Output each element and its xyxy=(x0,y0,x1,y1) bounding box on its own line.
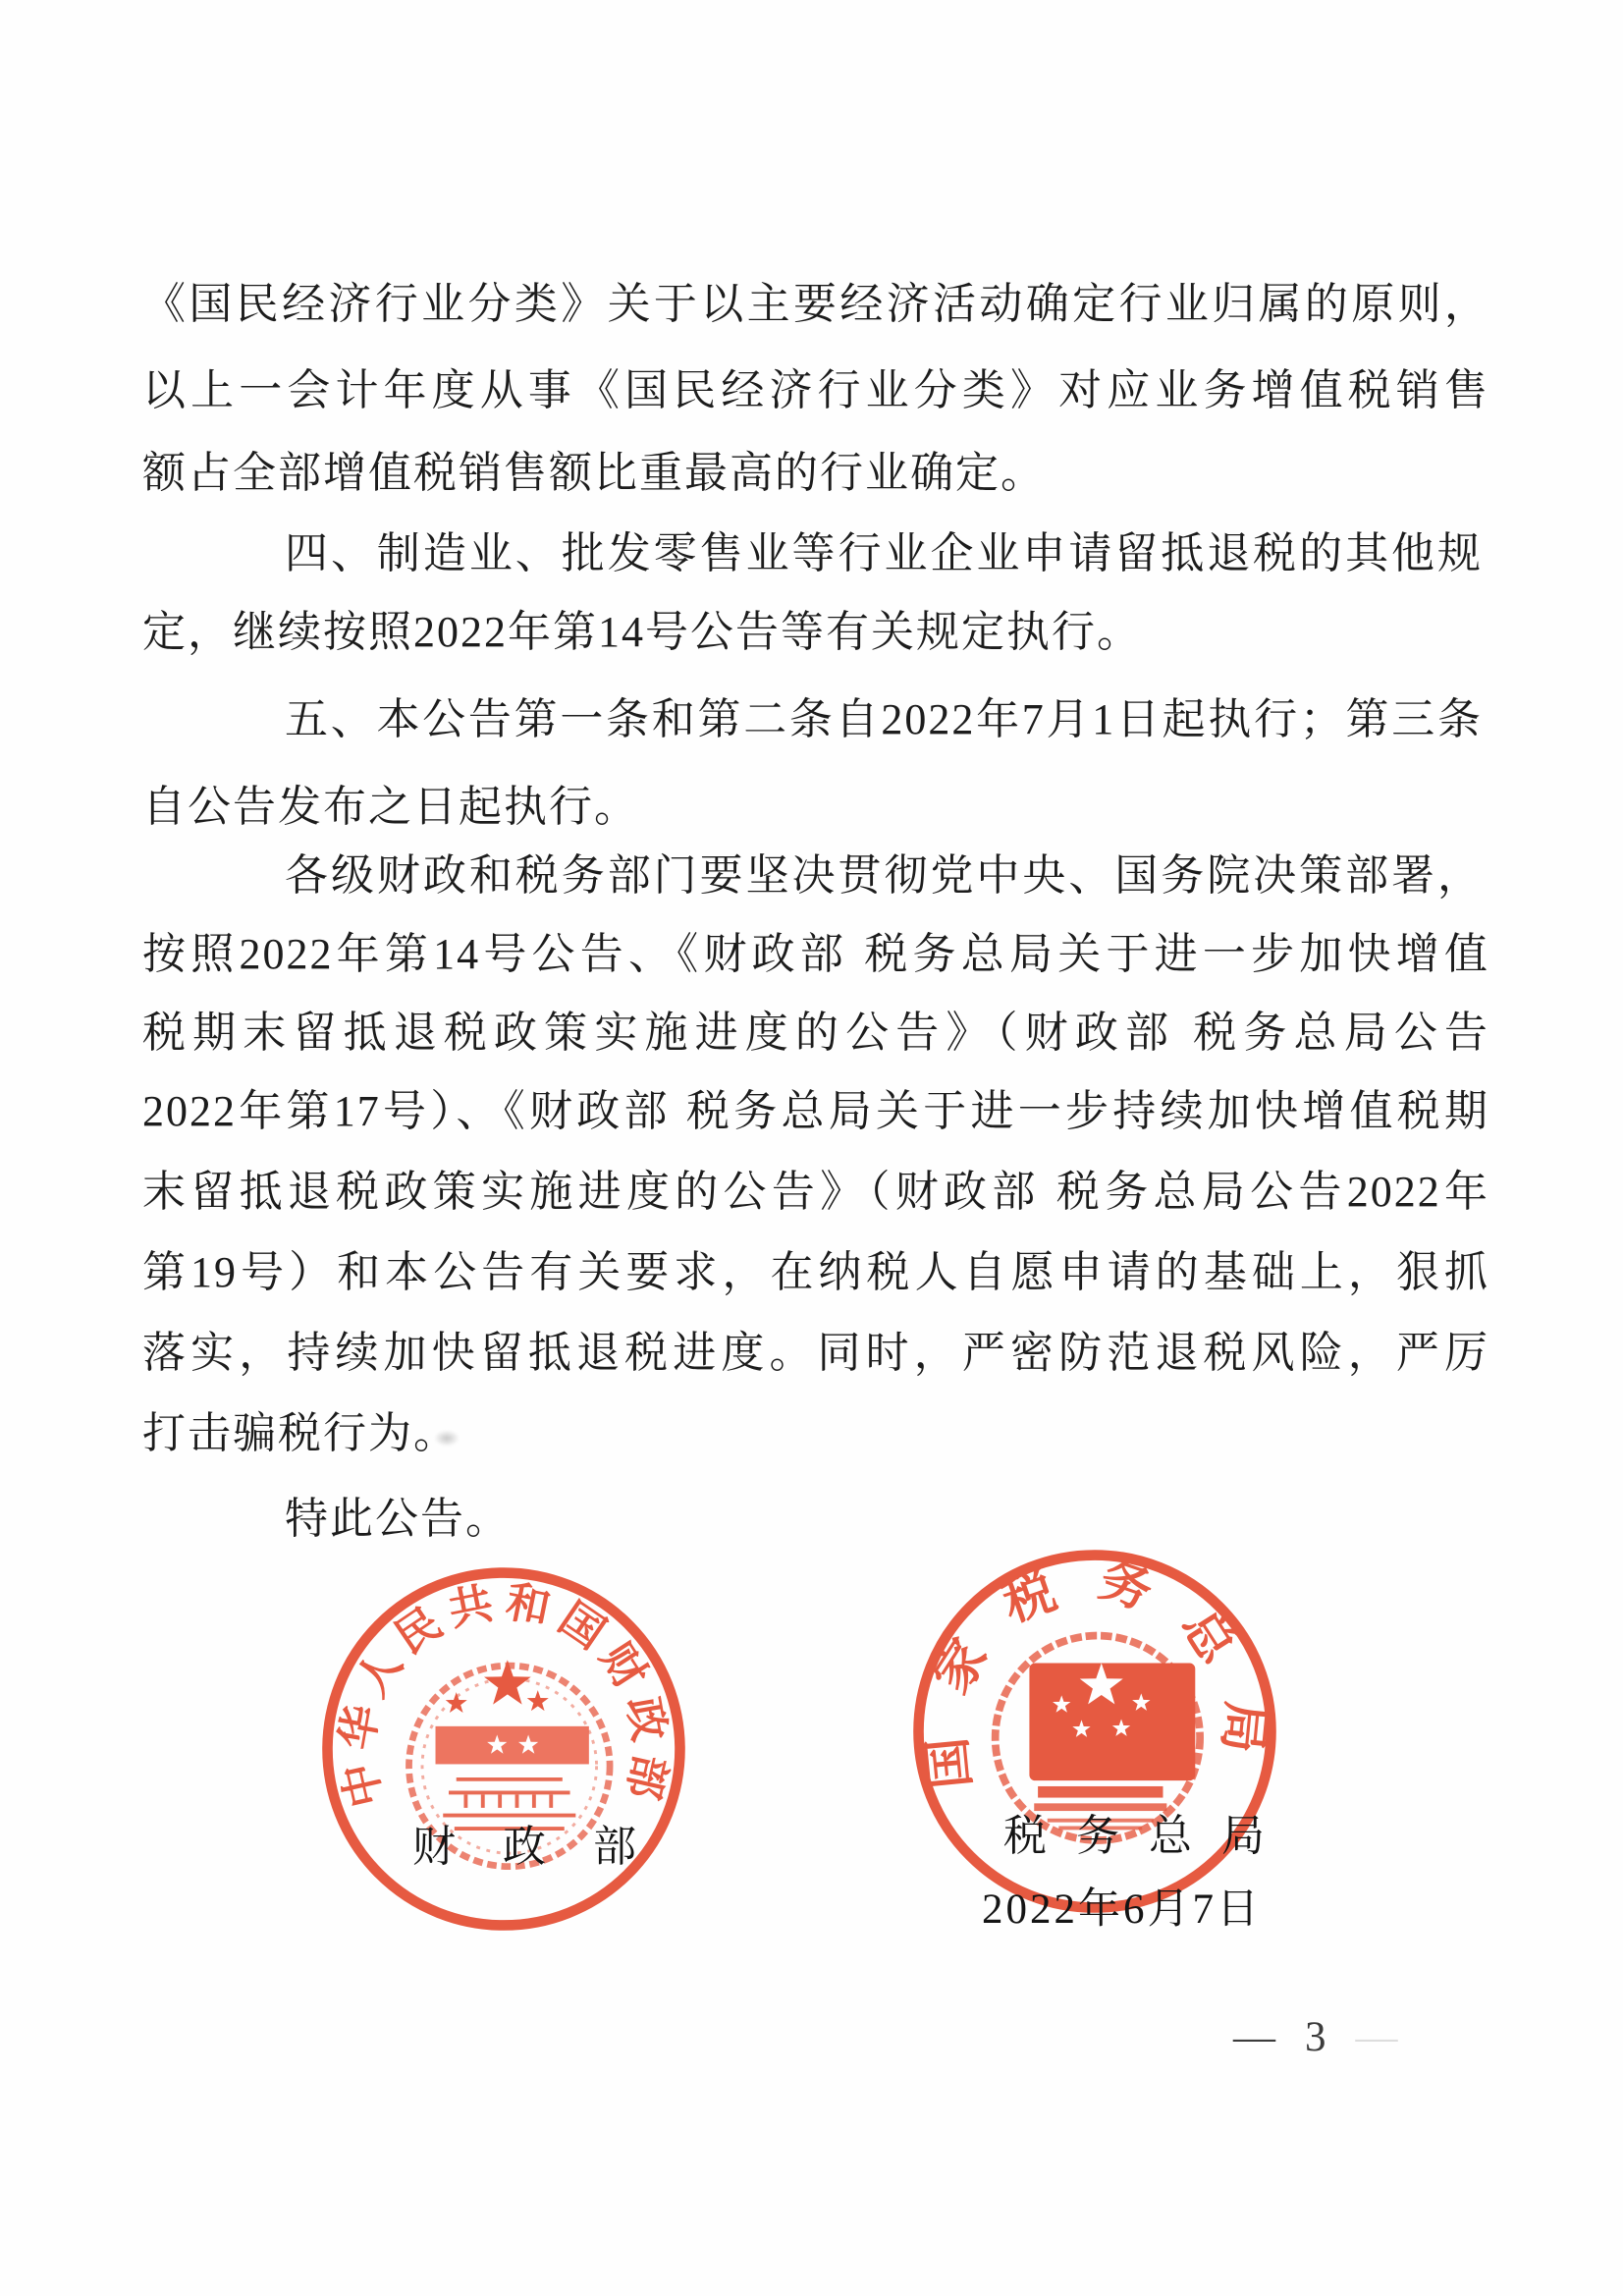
issue-date: 2022年6月7日 xyxy=(982,1876,1262,1936)
body-line: 2022年第17号）、《财政部 税务总局关于进一步持续加快增值税期 xyxy=(142,1085,1489,1138)
body-line: 以上一会计年度从事《国民经济行业分类》对应业务增值税销售 xyxy=(142,364,1489,417)
page-number-dash-right: — xyxy=(1356,2013,1398,2061)
body-line: 定，继续按照2022年第14号公告等有关规定执行。 xyxy=(142,606,1489,659)
page-number-value: 3 xyxy=(1305,2013,1326,2061)
body-line: 四、制造业、批发零售业等行业企业申请留抵退税的其他规 xyxy=(285,527,1483,580)
body-line: 特此公告。 xyxy=(285,1493,1483,1546)
page-number-dash-left: — xyxy=(1233,2013,1275,2061)
body-line: 五、本公告第一条和第二条自2022年7月1日起执行；第三条 xyxy=(285,693,1483,746)
body-line: 《国民经济行业分类》关于以主要经济活动确定行业归属的原则， xyxy=(142,278,1489,331)
body-line: 各级财政和税务部门要坚决贯彻党中央、国务院决策部署， xyxy=(285,849,1483,902)
body-line: 自公告发布之日起执行。 xyxy=(142,781,1489,834)
page-number: —3— xyxy=(1233,2013,1398,2061)
body-line: 打击骗税行为。 xyxy=(142,1407,1489,1460)
body-line: 末留抵退税政策实施进度的公告》（财政部 税务总局公告2022年 xyxy=(142,1166,1489,1219)
tax-administration-seal: 国家税务总局 xyxy=(905,1542,1284,1921)
signer-ministry-of-finance: 财政部 xyxy=(412,1811,683,1874)
body-line: 第19号）和本公告有关要求，在纳税人自愿申请的基础上，狠抓 xyxy=(142,1246,1489,1299)
body-line: 落实，持续加快留抵退税进度。同时，严密防范退税风险，严厉 xyxy=(142,1327,1489,1380)
signer-tax-administration: 税务总局 xyxy=(1003,1800,1294,1863)
ministry-of-finance-seal: 中华人民共和国财政部 xyxy=(314,1559,693,1939)
body-line: 额占全部增值税销售额比重最高的行业确定。 xyxy=(142,447,1489,500)
document-page: 《国民经济行业分类》关于以主要经济活动确定行业归属的原则， 以上一会计年度从事《… xyxy=(0,0,1623,2296)
body-line: 税期末留抵退税政策实施进度的公告》（财政部 税务总局公告 xyxy=(142,1007,1489,1060)
body-line: 按照2022年第14号公告、《财政部 税务总局关于进一步加快增值 xyxy=(142,928,1489,981)
seal-center-band xyxy=(436,1726,589,1765)
